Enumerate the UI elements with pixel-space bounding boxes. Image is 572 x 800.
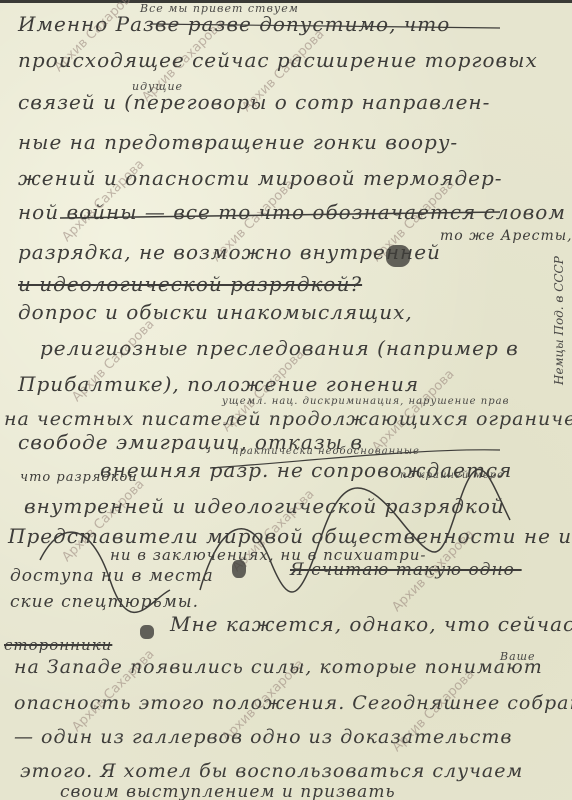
crossout-strokes [0, 0, 572, 800]
manuscript-page: Архив Сахарова Архив Сахарова Архив Саха… [0, 0, 572, 800]
